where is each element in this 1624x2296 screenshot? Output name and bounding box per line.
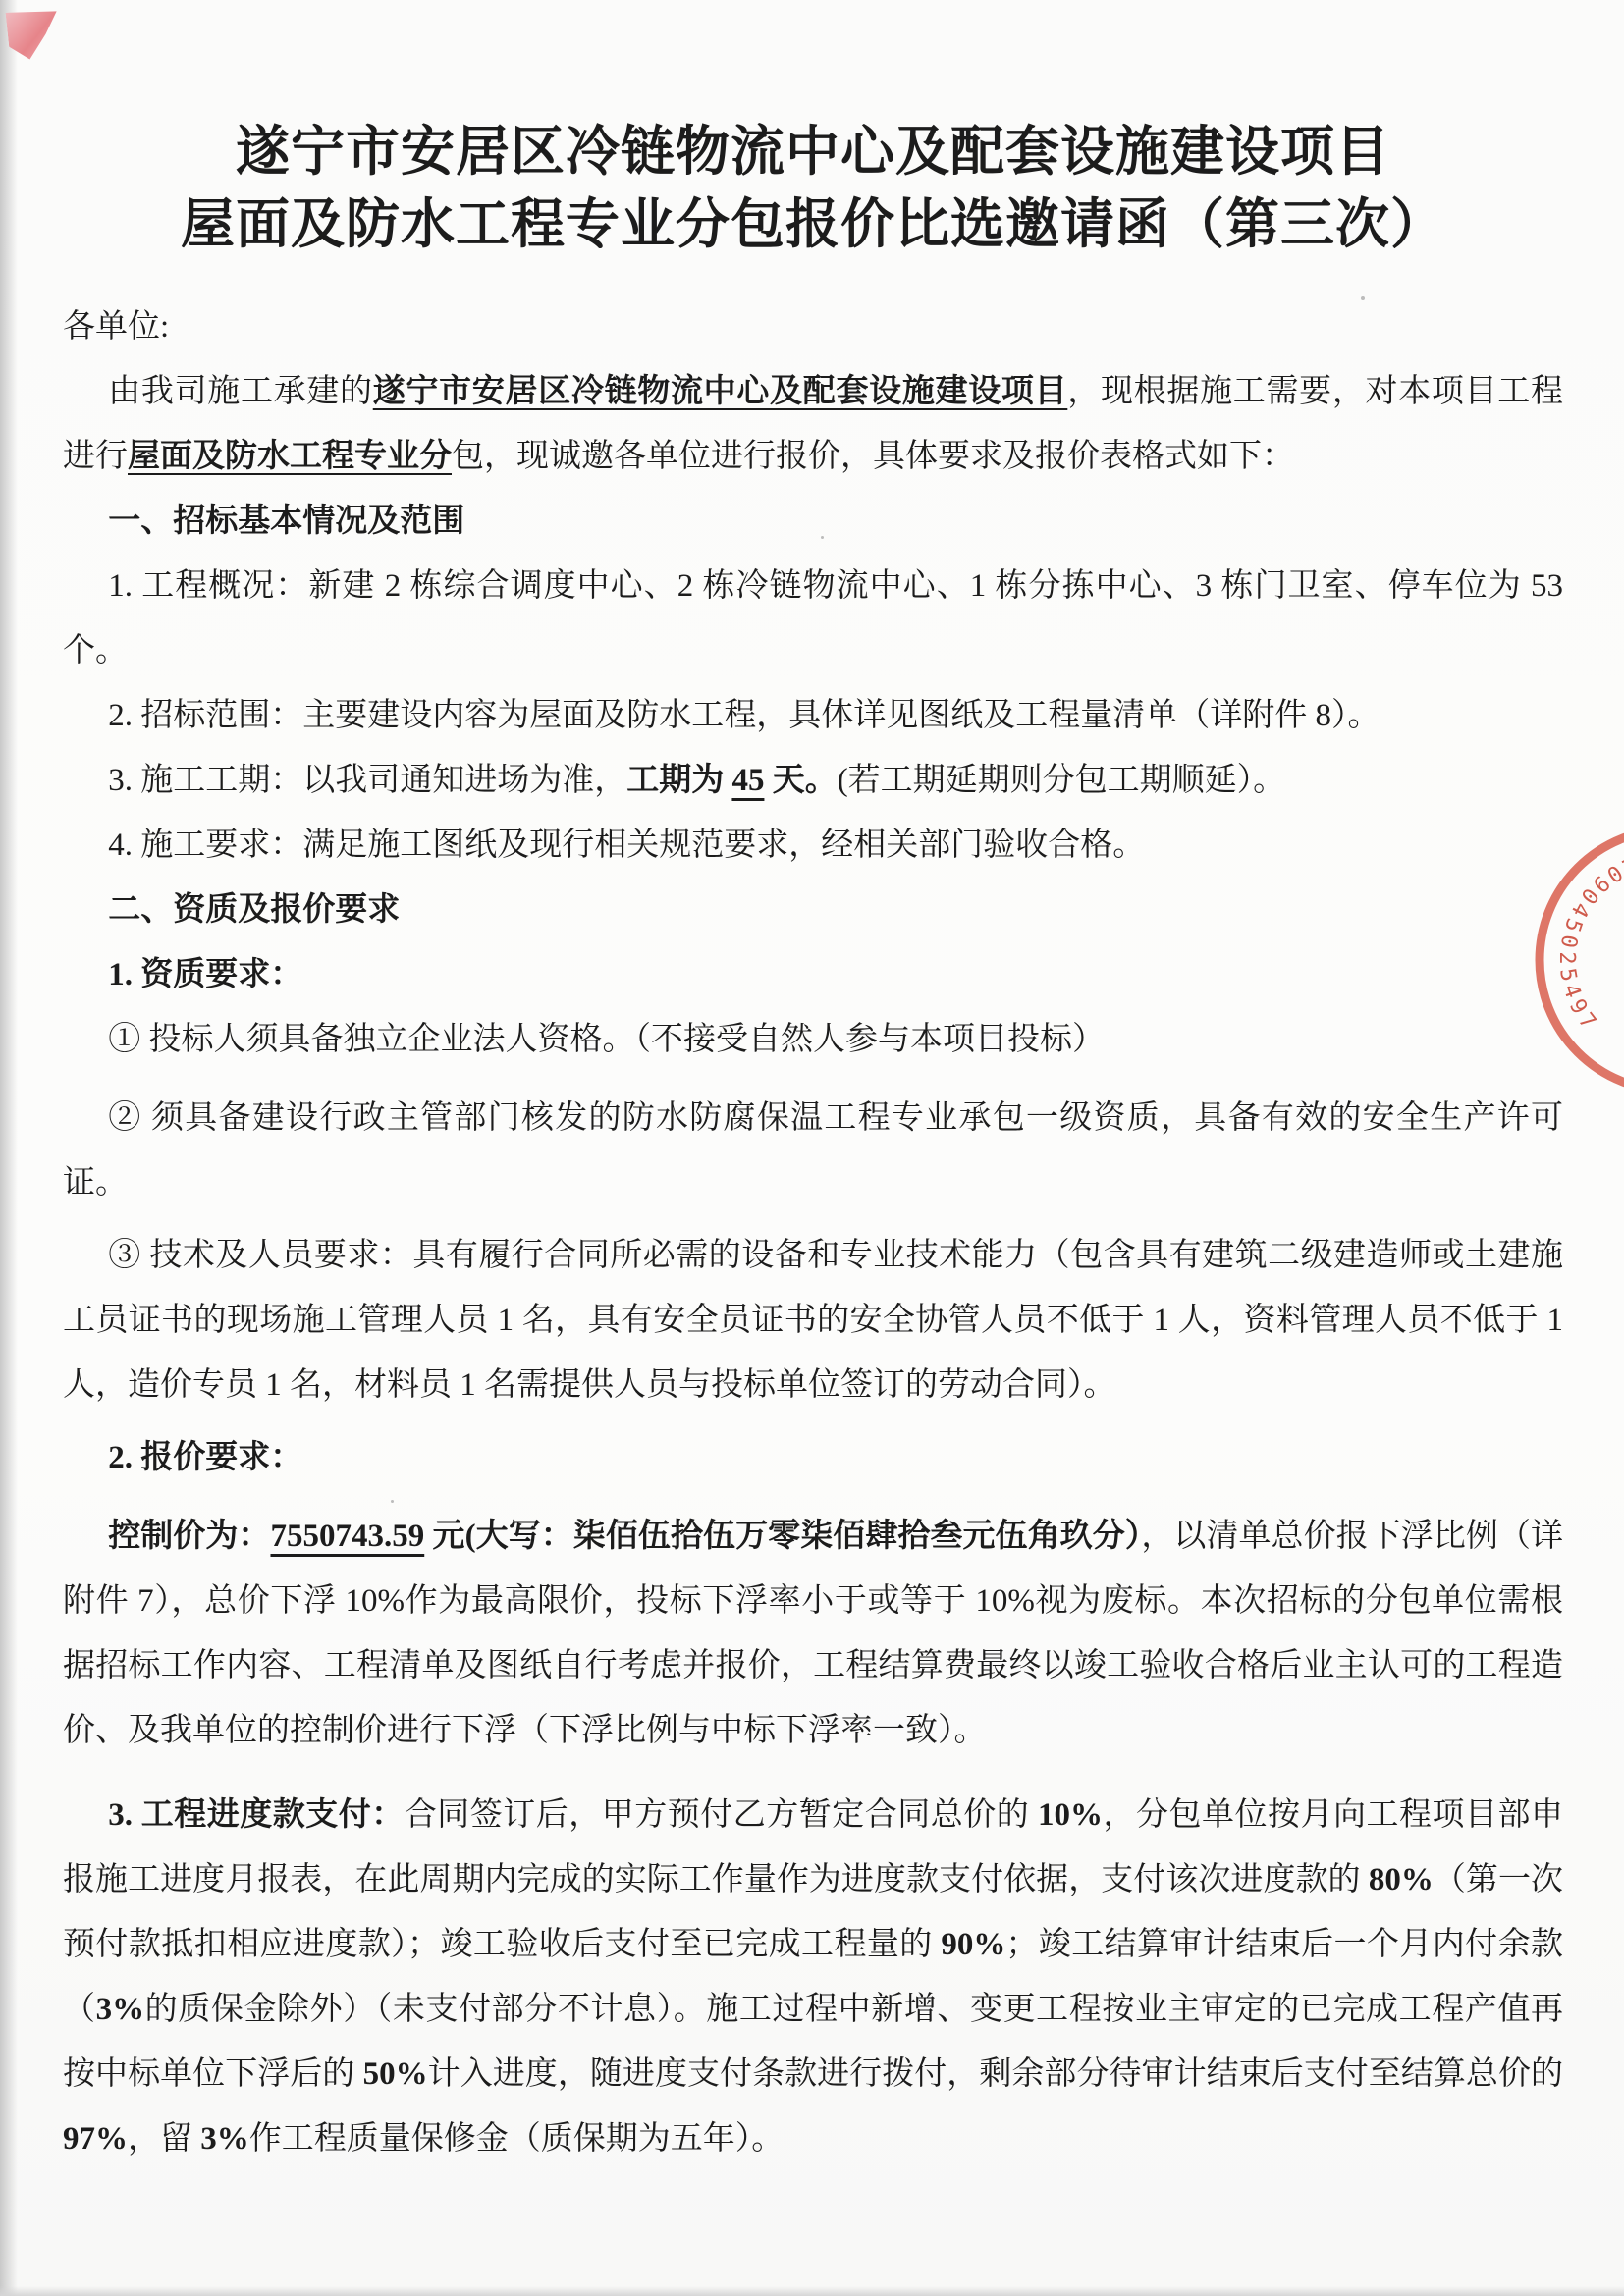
intro-tail: 包，现诚邀各单位进行报价，具体要求及报价表格式如下： bbox=[452, 439, 1294, 474]
intro-lead: 由我司施工承建的 bbox=[108, 374, 373, 409]
section1-item2: 2. 招标范围：主要建设内容为屋面及防水工程，具体详见图纸及工程量清单（详附件 … bbox=[63, 683, 1563, 748]
payment-pct-advance: 10% bbox=[1038, 1797, 1103, 1833]
red-seal-stamp: 5109045025497 bbox=[1473, 775, 1624, 1148]
payment-pct-change-order: 50% bbox=[363, 2056, 428, 2092]
control-price-label: 控制价为： bbox=[108, 1519, 270, 1554]
payment-pct-retention: 3% bbox=[96, 1992, 145, 2027]
stamp-digits: 5109045025497 bbox=[1554, 846, 1624, 1038]
payment-pct-progress: 80% bbox=[1369, 1862, 1434, 1897]
item3-duration-unit: 天。 bbox=[764, 763, 837, 798]
section1-item4: 4. 施工要求：满足施工图纸及现行相关规范要求，经相关部门验收合格。 bbox=[63, 813, 1563, 878]
quotation-subheading: 2. 报价要求： bbox=[63, 1425, 1563, 1490]
payment-pct-settlement: 97% bbox=[63, 2121, 128, 2157]
qualification-item-3: ③ 技术及人员要求：具有履行合同所必需的设备和专业技术能力（包含具有建筑二级建造… bbox=[63, 1223, 1563, 1417]
qualification-item-1: ① 投标人须具备独立企业法人资格。（不接受自然人参与本项目投标） bbox=[63, 1007, 1563, 1072]
document-body: 遂宁市安居区冷链物流中心及配套设施建设项目 屋面及防水工程专业分包报价比选邀请函… bbox=[63, 116, 1563, 2171]
payment-run: 合同签订后，甲方预付乙方暂定合同总价的 bbox=[405, 1797, 1038, 1833]
control-price-caps: 元(大写：柒佰伍拾伍万零柒佰肆拾叁元伍角玖分） bbox=[424, 1519, 1141, 1554]
item3-post: (若工期延期则分包工期顺延）。 bbox=[838, 763, 1286, 798]
control-price-paragraph: 控制价为：7550743.59 元(大写：柒佰伍拾伍万零柒佰肆拾叁元伍角玖分），… bbox=[63, 1504, 1563, 1763]
qualification-item-2: ② 须具备建设行政主管部门核发的防水防腐保温工程专业承包一级资质，具备有效的安全… bbox=[63, 1086, 1563, 1215]
payment-paragraph: 3. 工程进度款支付：合同签订后，甲方预付乙方暂定合同总价的 10%，分包单位按… bbox=[63, 1783, 1563, 2171]
item3-duration-days: 45 bbox=[731, 763, 764, 798]
payment-label: 3. 工程进度款支付： bbox=[108, 1797, 405, 1833]
section2-heading: 二、资质及报价要求 bbox=[63, 878, 1563, 942]
section1-item1: 1. 工程概况：新建 2 栋综合调度中心、2 栋冷链物流中心、1 栋分拣中心、3… bbox=[63, 554, 1563, 683]
item3-pre: 3. 施工工期：以我司通知进场为准， bbox=[108, 763, 626, 798]
scanned-document-page: 遂宁市安居区冷链物流中心及配套设施建设项目 屋面及防水工程专业分包报价比选邀请函… bbox=[0, 0, 1624, 2296]
title-line-1: 遂宁市安居区冷链物流中心及配套设施建设项目 bbox=[63, 116, 1563, 188]
payment-pct-completion: 90% bbox=[941, 1927, 1005, 1962]
scan-edge-shadow-bottom bbox=[0, 2286, 1624, 2296]
item3-duration-label: 工期为 bbox=[626, 763, 731, 798]
subcontract-scope: 屋面及防水工程专业分 bbox=[128, 439, 452, 474]
payment-run: ，留 bbox=[128, 2121, 200, 2157]
control-price-amount: 7550743.59 bbox=[270, 1519, 424, 1554]
qualification-subheading: 1. 资质要求： bbox=[63, 942, 1563, 1007]
payment-run: 计入进度，随进度支付条款进行拨付，剩余部分待审计结束后支付至结算总价的 bbox=[428, 2056, 1563, 2092]
salutation: 各单位: bbox=[63, 294, 1563, 359]
title-line-2: 屋面及防水工程专业分包报价比选邀请函（第三次） bbox=[63, 188, 1563, 261]
section1-heading: 一、招标基本情况及范围 bbox=[63, 489, 1563, 554]
scan-edge-shadow-left bbox=[0, 0, 18, 2296]
payment-run: 作工程质量保修金（质保期为五年）。 bbox=[249, 2121, 785, 2157]
payment-pct-warranty: 3% bbox=[200, 2121, 249, 2157]
project-name: 遂宁市安居区冷链物流中心及配套设施建设项目 bbox=[373, 374, 1068, 409]
section1-item3: 3. 施工工期：以我司通知进场为准，工期为 45 天。(若工期延期则分包工期顺延… bbox=[63, 748, 1563, 813]
intro-paragraph: 由我司施工承建的遂宁市安居区冷链物流中心及配套设施建设项目，现根据施工需要，对本… bbox=[63, 359, 1563, 489]
document-title: 遂宁市安居区冷链物流中心及配套设施建设项目 屋面及防水工程专业分包报价比选邀请函… bbox=[63, 116, 1563, 261]
